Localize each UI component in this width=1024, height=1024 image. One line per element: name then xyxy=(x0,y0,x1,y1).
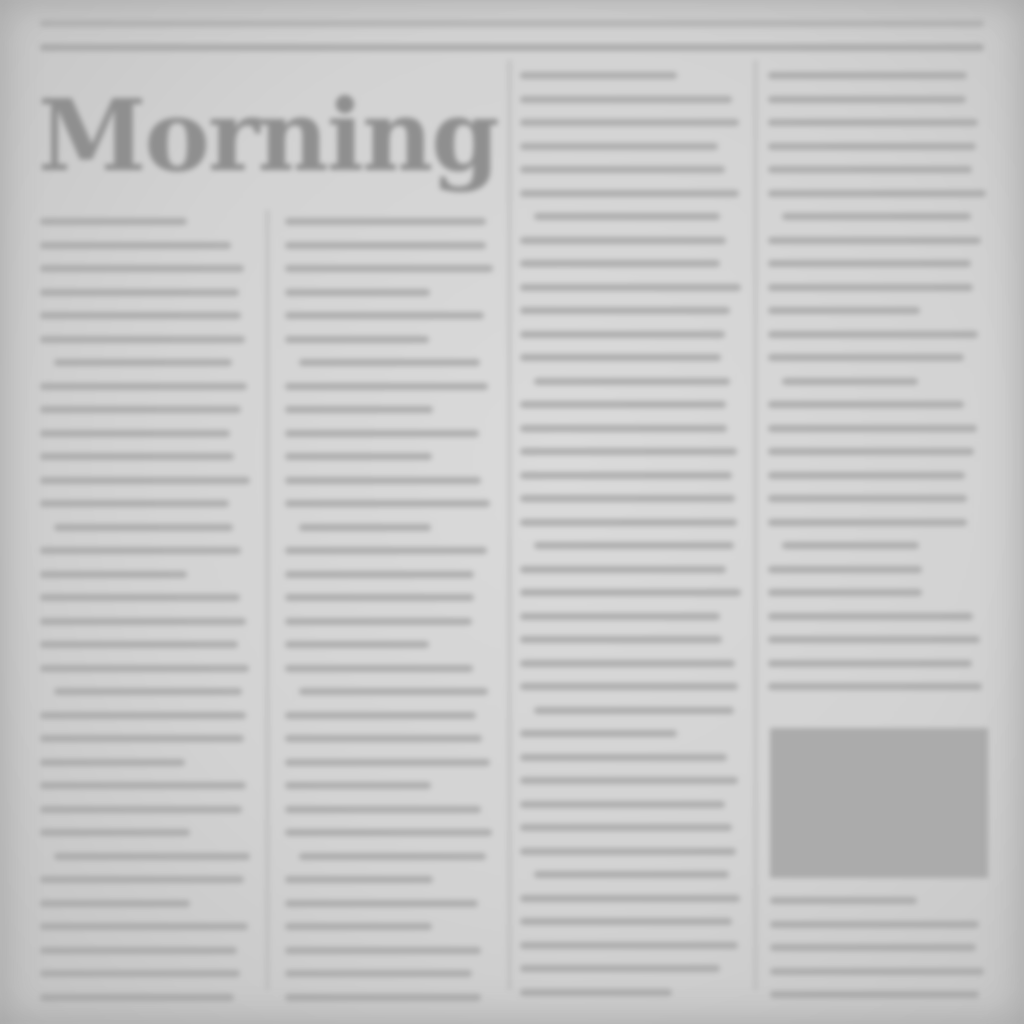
header-rule-top xyxy=(40,20,984,27)
text-line xyxy=(520,401,726,408)
text-line xyxy=(768,472,965,479)
text-line xyxy=(768,96,966,103)
text-line xyxy=(40,829,190,836)
text-line xyxy=(534,542,734,549)
text-line xyxy=(54,524,233,531)
text-line xyxy=(299,359,480,366)
text-line xyxy=(285,500,490,507)
text-line xyxy=(40,571,187,578)
text-line xyxy=(40,477,250,484)
text-line xyxy=(285,265,493,272)
text-line xyxy=(768,448,974,455)
text-line xyxy=(782,213,971,220)
text-line xyxy=(40,547,241,554)
text-line xyxy=(285,218,486,225)
text-line xyxy=(285,383,488,390)
text-line xyxy=(520,472,732,479)
text-line xyxy=(40,994,234,1001)
text-line xyxy=(40,712,246,719)
newspaper-page: Morning xyxy=(0,0,1024,1024)
text-line xyxy=(285,923,432,930)
text-line xyxy=(770,968,984,975)
text-line xyxy=(285,876,433,883)
text-line xyxy=(534,378,730,385)
text-line xyxy=(40,970,240,977)
text-line xyxy=(285,900,478,907)
text-line xyxy=(534,213,720,220)
text-line xyxy=(768,119,978,126)
text-line xyxy=(40,900,190,907)
text-line xyxy=(285,477,481,484)
text-line xyxy=(768,331,978,338)
text-line xyxy=(520,683,738,690)
text-line xyxy=(299,524,431,531)
photo-caption xyxy=(770,897,988,1015)
text-line xyxy=(520,848,736,855)
text-line xyxy=(40,312,241,319)
text-line xyxy=(768,401,964,408)
text-line xyxy=(520,613,720,620)
text-line xyxy=(40,876,244,883)
text-line xyxy=(285,994,481,1001)
text-line xyxy=(40,594,240,601)
text-line xyxy=(285,289,430,296)
text-line xyxy=(520,495,735,502)
text-line xyxy=(54,359,232,366)
text-line xyxy=(520,801,725,808)
text-line xyxy=(285,712,476,719)
text-line xyxy=(54,688,242,695)
text-line xyxy=(520,965,720,972)
text-line xyxy=(285,547,487,554)
text-line xyxy=(285,735,482,742)
text-line xyxy=(520,777,738,784)
text-line xyxy=(40,759,185,766)
text-line xyxy=(285,759,490,766)
text-line xyxy=(285,782,431,789)
text-line xyxy=(520,72,677,79)
text-line xyxy=(520,448,737,455)
text-line xyxy=(520,519,737,526)
text-line xyxy=(520,636,722,643)
text-line xyxy=(285,618,472,625)
text-line xyxy=(40,947,237,954)
column-divider xyxy=(754,60,757,990)
text-line xyxy=(285,829,492,836)
text-line xyxy=(285,571,474,578)
text-line xyxy=(768,354,964,361)
text-line xyxy=(520,166,725,173)
text-line xyxy=(285,312,484,319)
text-line xyxy=(534,871,729,878)
text-line xyxy=(40,218,187,225)
text-line xyxy=(770,991,979,998)
article-column-1 xyxy=(40,218,255,1017)
text-line xyxy=(520,143,718,150)
text-line xyxy=(40,923,248,930)
article-column-2 xyxy=(285,218,497,1017)
text-line xyxy=(770,921,979,928)
text-line xyxy=(768,307,920,314)
text-line xyxy=(520,942,738,949)
article-column-4 xyxy=(768,72,990,707)
text-line xyxy=(768,636,980,643)
text-line xyxy=(520,425,727,432)
text-line xyxy=(285,806,481,813)
text-line xyxy=(520,284,741,291)
text-line xyxy=(40,782,246,789)
text-line xyxy=(520,754,727,761)
text-line xyxy=(285,641,429,648)
text-line xyxy=(768,143,976,150)
text-line xyxy=(768,613,973,620)
text-line xyxy=(520,989,672,996)
text-line xyxy=(285,970,472,977)
text-line xyxy=(768,589,922,596)
text-line xyxy=(40,242,231,249)
text-line xyxy=(285,406,433,413)
text-line xyxy=(299,688,488,695)
text-line xyxy=(40,500,229,507)
text-line xyxy=(40,618,246,625)
text-line xyxy=(285,947,481,954)
text-line xyxy=(782,378,918,385)
text-line xyxy=(40,383,247,390)
header-rule-bottom xyxy=(40,44,984,51)
text-line xyxy=(768,72,967,79)
text-line xyxy=(768,284,973,291)
text-line xyxy=(40,406,241,413)
text-line xyxy=(520,918,732,925)
text-line xyxy=(285,336,429,343)
text-line xyxy=(520,331,725,338)
text-line xyxy=(285,453,432,460)
text-line xyxy=(520,237,726,244)
text-line xyxy=(534,707,734,714)
text-line xyxy=(768,166,972,173)
text-line xyxy=(54,853,250,860)
text-line xyxy=(520,566,726,573)
text-line xyxy=(520,354,721,361)
text-line xyxy=(520,589,741,596)
text-line xyxy=(520,96,732,103)
text-line xyxy=(40,265,244,272)
text-line xyxy=(40,336,245,343)
text-line xyxy=(782,542,919,549)
text-line xyxy=(40,665,249,672)
text-line xyxy=(285,242,486,249)
text-line xyxy=(40,641,238,648)
text-line xyxy=(768,260,971,267)
text-line xyxy=(520,119,739,126)
text-line xyxy=(768,237,981,244)
text-line xyxy=(768,683,982,690)
text-line xyxy=(770,944,976,951)
text-line xyxy=(520,730,677,737)
text-line xyxy=(768,425,977,432)
text-line xyxy=(40,735,244,742)
masthead-title: Morning xyxy=(38,88,498,186)
text-line xyxy=(520,260,720,267)
text-line xyxy=(40,289,239,296)
text-line xyxy=(520,190,739,197)
text-line xyxy=(768,566,922,573)
news-photo xyxy=(770,728,988,878)
text-line xyxy=(520,660,735,667)
text-line xyxy=(299,853,486,860)
text-line xyxy=(285,665,473,672)
text-line xyxy=(520,824,732,831)
text-line xyxy=(40,806,242,813)
text-line xyxy=(768,660,972,667)
text-line xyxy=(520,895,740,902)
text-line xyxy=(285,430,479,437)
text-line xyxy=(768,519,967,526)
text-line xyxy=(768,495,967,502)
column-divider xyxy=(266,210,269,990)
text-line xyxy=(40,453,234,460)
text-line xyxy=(520,307,730,314)
article-column-3 xyxy=(520,72,745,1012)
text-line xyxy=(285,594,474,601)
column-divider xyxy=(508,60,511,990)
text-line xyxy=(768,190,986,197)
text-line xyxy=(770,897,917,904)
text-line xyxy=(40,430,230,437)
